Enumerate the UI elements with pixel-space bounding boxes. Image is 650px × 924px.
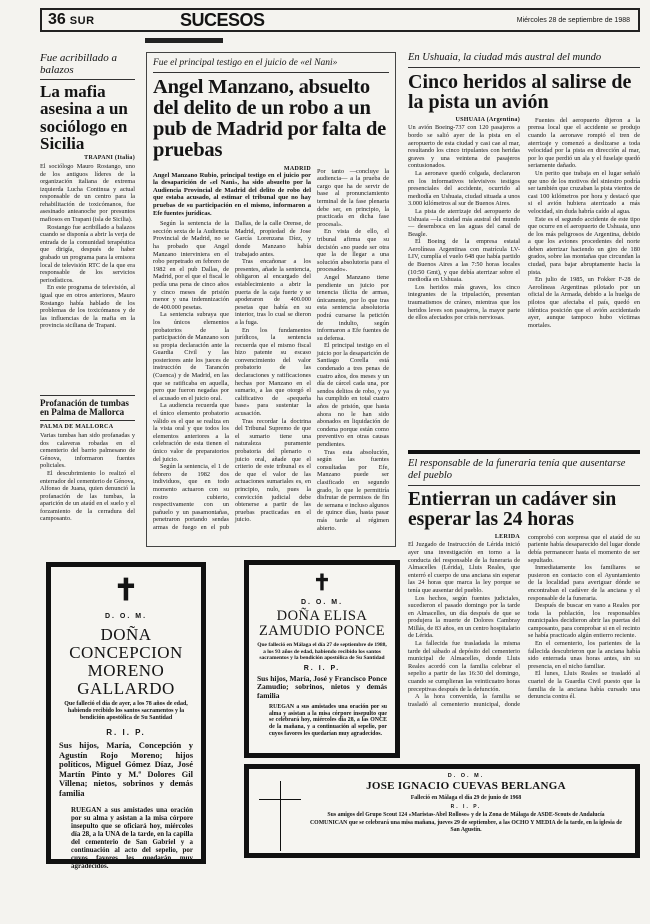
obituary-family: Sus hijos, María, José y Francisco Ponce… (257, 675, 387, 700)
obituary-rip: R. I. P. (59, 728, 193, 737)
paragraph: Un avión Boeing-737 con 120 pasajeros a … (408, 124, 520, 170)
paragraph: En julio de 1985, un Fokker F-28 de Aero… (528, 276, 640, 329)
divider (153, 72, 389, 73)
paragraph: En vista de ello, el tribunal afirma que… (317, 228, 389, 274)
divider (408, 67, 640, 68)
obituary-dom: D. O. M. (305, 773, 627, 779)
article-dateline: TRAPANI (Italia) (40, 155, 135, 163)
article-headline: La mafia asesina a un sociólogo en Sicil… (40, 83, 135, 152)
obituary-ruegan: RUEGAN a sus amistades una oración por s… (257, 704, 387, 737)
obituary-name-line1: DOÑA CONCEPCION (59, 626, 193, 662)
article-body: TRAPANI (Italia) El sociólogo Mauro Rost… (40, 155, 135, 330)
divider (40, 420, 135, 421)
article-body-a: Según la sentencia de la sección sexta d… (153, 220, 311, 550)
paragraph: Los heridos más graves, los cinco integr… (408, 284, 520, 322)
paragraph: Un perito que trabaja en el lugar señaló… (528, 170, 640, 216)
article-body: USHUAIA (Argentina) Un avión Boeing-737 … (408, 117, 640, 417)
article-lede: Angel Manzano Rubio, principal testigo e… (153, 172, 311, 218)
obituary-name-line2: ZAMUDIO PONCE (257, 624, 387, 639)
obituary-comunican: COMUNICAN que se celebrará una misa maña… (305, 820, 627, 834)
article-mafia: Fue acribillado a balazos La mafia asesi… (40, 52, 135, 330)
article-manzano: Fue el principal testigo en el juicio de… (146, 52, 396, 547)
obituary-details: Que falleció el día de ayer, a los 78 añ… (59, 701, 193, 722)
cross-icon (259, 781, 301, 851)
obituary-family: Sus hijos, María, Concepción y Agustín R… (59, 741, 193, 798)
divider (40, 79, 135, 80)
article-kicker: Fue el principal testigo en el juicio de… (153, 57, 389, 69)
obituary-details: Falleció en Málaga el día 29 de junio de… (305, 795, 627, 802)
obituary-cuevas: D. O. M. JOSE IGNACIO CUEVAS BERLANGA Fa… (244, 764, 640, 858)
article-kicker: En Ushuaia, la ciudad más austral del mu… (408, 52, 640, 64)
paragraph: El Boeing de la empresa estatal Aerolíne… (408, 238, 520, 284)
masthead: 36SUR SUCESOS Miércoles 28 de septiembre… (40, 8, 640, 32)
obituary-friends: Sus amigos del Grupo Scout 124 «Maristas… (305, 812, 627, 819)
paragraph: El sociólogo Mauro Rostango, uno de los … (40, 163, 135, 224)
paragraph: La sentencia subraya que los únicos elem… (153, 311, 229, 402)
paragraph: Varias tumbas han sido profanadas y dos … (40, 432, 135, 470)
paragraph: La pista de aterrizaje del aeropuerto de… (408, 208, 520, 238)
paragraph: El descubrimiento lo realizó el enterrad… (40, 470, 135, 523)
paragraph: Tras recordar la doctrina del Tribunal S… (235, 418, 311, 524)
paragraph: Este es el segundo accidente de este tip… (528, 216, 640, 277)
article-dateline: USHUAIA (Argentina) (408, 117, 520, 125)
paragraph: Angel Manzano tiene pendiente un juicio … (317, 274, 389, 342)
article-columns: MADRID Angel Manzano Rubio, principal te… (153, 166, 389, 551)
obituary-moreno: ✝ D. O. M. DOÑA CONCEPCION MORENO GALLAR… (46, 562, 206, 864)
paragraph: Inmediatamente los familiares se pusiero… (528, 564, 640, 602)
article-kicker: Fue acribillado a balazos (40, 52, 135, 76)
paragraph: En los fundamentos jurídicos, la sentenc… (235, 327, 311, 418)
paragraph: El lunes, Lluis Reales se trasladó al cu… (528, 670, 640, 700)
cross-icon: ✝ (257, 571, 387, 595)
paper-name: SUR (70, 15, 95, 27)
paragraph: La fallecida fue trasladada la misma tar… (408, 640, 520, 693)
divider (408, 485, 640, 486)
article-palma: Profanación de tumbas en Palma de Mallor… (40, 395, 135, 523)
divider (408, 450, 640, 454)
section-title: SUCESOS (180, 10, 265, 31)
obituary-name-line1: DOÑA ELISA (257, 609, 387, 624)
obituary-dom: D. O. M. (257, 599, 387, 606)
paragraph: Por tanto —concluye la audiencia— a la p… (317, 168, 389, 229)
article-body-b: Por tanto —concluye la audiencia— a la p… (317, 166, 389, 551)
paragraph: La audiencia recuerda que el único eleme… (153, 402, 229, 463)
paragraph: Tras esta absolución, según las fuentes … (317, 449, 389, 533)
obituary-rip: R. I. P. (257, 665, 387, 672)
paragraph: En el cementerio, los parientes de la fa… (528, 640, 640, 670)
article-ushuaia: En Ushuaia, la ciudad más austral del mu… (408, 52, 640, 417)
issue-date: Miércoles 28 de septiembre de 1988 (517, 17, 630, 24)
paragraph: En este programa de televisión, al igual… (40, 284, 135, 330)
paragraph: Según la sentencia de la sección sexta d… (153, 220, 229, 311)
obituary-details: Que falleció en Málaga el día 27 de sept… (257, 642, 387, 661)
cross-icon: ✝ (59, 575, 193, 607)
page-number-value: 36 (48, 11, 66, 28)
article-body: PALMA DE MALLORCA Varias tumbas han sido… (40, 424, 135, 523)
lede-block: MADRID Angel Manzano Rubio, principal te… (153, 166, 311, 551)
article-headline: Cinco heridos al salirse de la pista un … (408, 72, 640, 113)
obituary-name: JOSE IGNACIO CUEVAS BERLANGA (305, 781, 627, 793)
paragraph: Fuentes del aeropuerto dijeron a la pren… (528, 117, 640, 170)
paragraph: Después de buscar en vano a Reales por t… (528, 602, 640, 640)
article-kicker: El responsable de la funeraria tenía que… (408, 458, 640, 482)
divider (40, 395, 135, 396)
article-dateline: LERIDA (408, 534, 520, 542)
article-dateline: PALMA DE MALLORCA (40, 424, 135, 432)
obituary-content: D. O. M. JOSE IGNACIO CUEVAS BERLANGA Fa… (305, 773, 627, 834)
paragraph: Tras encañonar a los presentes, añade la… (235, 258, 311, 326)
obituary-zamudio: ✝ D. O. M. DOÑA ELISA ZAMUDIO PONCE Que … (244, 560, 400, 758)
article-headline: Angel Manzano, absuelto del delito de un… (153, 77, 389, 161)
paragraph: El principal testigo en el juicio por la… (317, 342, 389, 448)
section-underline (145, 38, 223, 43)
obituary-name-line2: MORENO GALLARDO (59, 662, 193, 698)
obituary-dom: D. O. M. (59, 613, 193, 620)
paragraph: El Juzgado de Instrucción de Lérida inic… (408, 541, 520, 594)
paragraph: Los hechos, según fuentes judiciales, su… (408, 595, 520, 641)
article-headline: Entierran un cadáver sin esperar las 24 … (408, 490, 640, 530)
paragraph: La aeronave quedó colgada, declararon en… (408, 170, 520, 208)
page-number: 36SUR (48, 11, 95, 29)
obituary-rip: R. I. P. (305, 804, 627, 810)
article-headline: Profanación de tumbas en Palma de Mallor… (40, 399, 135, 417)
paragraph: Rostango fue acribillado a balazos cuand… (40, 224, 135, 285)
obituary-ruegan: RUEGAN a sus amistades una oración por s… (59, 806, 193, 870)
